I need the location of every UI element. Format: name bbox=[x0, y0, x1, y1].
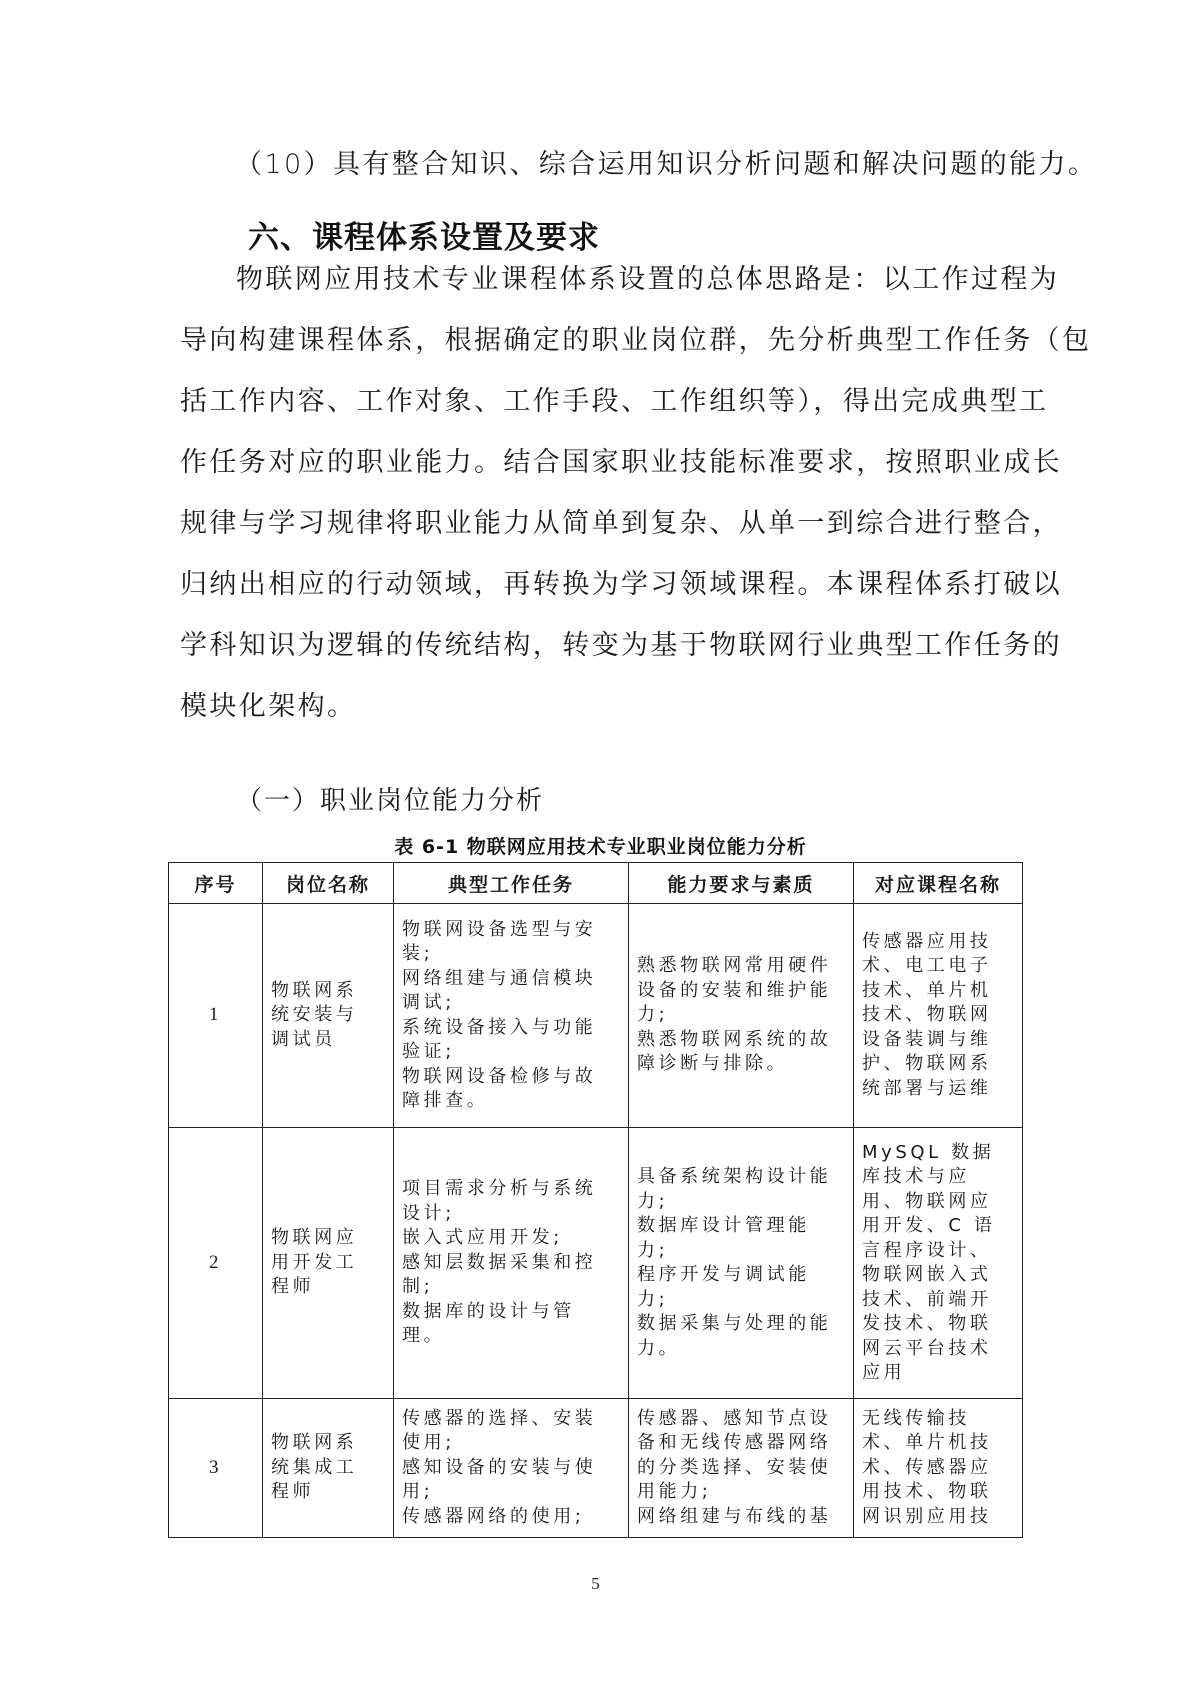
text-line: MySQL 数据 bbox=[862, 1141, 1014, 1166]
text-line: 网云平台技术 bbox=[862, 1337, 1014, 1362]
table-row: 2 物联网应 用开发工 程师 项目需求分析与系统 设计; 嵌入式应用开发; 感知… bbox=[169, 1128, 1023, 1399]
section-heading: 六、课程体系设置及要求 bbox=[248, 218, 600, 258]
text-line: 熟悉物联网系统的故 bbox=[637, 1028, 845, 1053]
header-no: 序号 bbox=[169, 863, 263, 904]
text-line: 技术、物联网 bbox=[862, 1003, 1014, 1028]
text-line: 嵌入式应用开发; bbox=[402, 1226, 620, 1251]
text-line: 力; bbox=[637, 1190, 845, 1215]
cell-role: 物联网系 统集成工 程师 bbox=[263, 1399, 394, 1538]
text-line: 调试员 bbox=[271, 1028, 385, 1053]
page-number: 5 bbox=[0, 1574, 1191, 1594]
table-caption: 表 6-1 物联网应用技术专业职业岗位能力分析 bbox=[0, 835, 1191, 859]
paragraph-line-5: 规律与学习规律将职业能力从简单到复杂、从单一到综合进行整合， bbox=[180, 506, 1012, 542]
text-line: 网络组建与通信模块 bbox=[402, 967, 620, 992]
cell-tasks: 项目需求分析与系统 设计; 嵌入式应用开发; 感知层数据采集和控 制; 数据库的… bbox=[394, 1128, 629, 1399]
text-line: 物联网系 bbox=[271, 979, 385, 1004]
cell-no: 3 bbox=[169, 1399, 263, 1538]
cell-courses: MySQL 数据 库技术与应 用、物联网应 用开发、C 语 言程序设计、 物联网… bbox=[854, 1128, 1023, 1399]
cell-tasks: 物联网设备选型与安 装; 网络组建与通信模块 调试; 系统设备接入与功能 验证;… bbox=[394, 904, 629, 1128]
paragraph-line-3: 括工作内容、工作对象、工作手段、工作组织等），得出完成典型工 bbox=[180, 384, 1012, 420]
text-line: 项目需求分析与系统 bbox=[402, 1177, 620, 1202]
text-line: 技术、单片机 bbox=[862, 979, 1014, 1004]
cell-abilities: 具备系统架构设计能 力; 数据库设计管理能 力; 程序开发与调试能 力; 数据采… bbox=[629, 1128, 854, 1399]
text-line: 验证; bbox=[402, 1040, 620, 1065]
text-line: 力; bbox=[637, 1003, 845, 1028]
paragraph-line-8: 模块化架构。 bbox=[180, 689, 1012, 725]
text-line: 制; bbox=[402, 1275, 620, 1300]
text-line: 程序开发与调试能 bbox=[637, 1263, 845, 1288]
header-courses: 对应课程名称 bbox=[854, 863, 1023, 904]
text-line: 术、传感器应 bbox=[862, 1456, 1014, 1481]
cell-tasks: 传感器的选择、安装 使用; 感知设备的安装与使 用; 传感器网络的使用; bbox=[394, 1399, 629, 1538]
text-line: 用; bbox=[402, 1480, 620, 1505]
text-line: 程师 bbox=[271, 1480, 385, 1505]
subsection-heading: （一）职业岗位能力分析 bbox=[236, 784, 544, 818]
text-line: 用开发、C 语 bbox=[862, 1214, 1014, 1239]
text-line: 无线传输技 bbox=[862, 1407, 1014, 1432]
text-line: 统安装与 bbox=[271, 1003, 385, 1028]
text-line: 的分类选择、安装使 bbox=[637, 1456, 845, 1481]
cell-abilities: 传感器、感知节点设 备和无线传感器网络 的分类选择、安装使 用能力; 网络组建与… bbox=[629, 1399, 854, 1538]
text-line: 设备装调与维 bbox=[862, 1028, 1014, 1053]
text-line: 用、物联网应 bbox=[862, 1190, 1014, 1215]
text-line: 调试; bbox=[402, 991, 620, 1016]
header-role: 岗位名称 bbox=[263, 863, 394, 904]
text-line: 感知设备的安装与使 bbox=[402, 1456, 620, 1481]
text-line: 传感器网络的使用; bbox=[402, 1505, 620, 1530]
text-line: 用技术、物联 bbox=[862, 1480, 1014, 1505]
table-row: 1 物联网系 统安装与 调试员 物联网设备选型与安 装; 网络组建与通信模块 调… bbox=[169, 904, 1023, 1128]
header-tasks: 典型工作任务 bbox=[394, 863, 629, 904]
document-page: （10）具有整合知识、综合运用知识分析问题和解决问题的能力。 六、课程体系设置及… bbox=[0, 0, 1191, 1684]
text-line: 物联网设备选型与安 bbox=[402, 918, 620, 943]
cell-no: 2 bbox=[169, 1128, 263, 1399]
text-line: 备和无线传感器网络 bbox=[637, 1431, 845, 1456]
text-line: 力。 bbox=[637, 1337, 845, 1362]
cell-abilities: 熟悉物联网常用硬件 设备的安装和维护能 力; 熟悉物联网系统的故 障诊断与排除。 bbox=[629, 904, 854, 1128]
paragraph-line-6: 归纳出相应的行动领域，再转换为学习领域课程。本课程体系打破以 bbox=[180, 567, 1012, 603]
text-line: 用开发工 bbox=[271, 1251, 385, 1276]
text-line: 库技术与应 bbox=[862, 1165, 1014, 1190]
text-line: 使用; bbox=[402, 1431, 620, 1456]
text-line: 数据采集与处理的能 bbox=[637, 1312, 845, 1337]
cell-courses: 传感器应用技 术、电工电子 技术、单片机 技术、物联网 设备装调与维 护、物联网… bbox=[854, 904, 1023, 1128]
text-line: 护、物联网系 bbox=[862, 1052, 1014, 1077]
text-line: 理。 bbox=[402, 1324, 620, 1349]
text-line: 系统设备接入与功能 bbox=[402, 1016, 620, 1041]
table-row: 3 物联网系 统集成工 程师 传感器的选择、安装 使用; 感知设备的安装与使 用… bbox=[169, 1399, 1023, 1538]
text-line: 应用 bbox=[862, 1361, 1014, 1386]
cell-courses: 无线传输技 术、单片机技 术、传感器应 用技术、物联 网识别应用技 bbox=[854, 1399, 1023, 1538]
cell-no: 1 bbox=[169, 904, 263, 1128]
text-line: 传感器、感知节点设 bbox=[637, 1407, 845, 1432]
text-line: 设备的安装和维护能 bbox=[637, 979, 845, 1004]
text-line: 物联网系 bbox=[271, 1431, 385, 1456]
text-line: 物联网设备检修与故 bbox=[402, 1065, 620, 1090]
text-line: 感知层数据采集和控 bbox=[402, 1251, 620, 1276]
paragraph-line-2: 导向构建课程体系，根据确定的职业岗位群，先分析典型工作任务（包 bbox=[180, 323, 1012, 359]
text-line: 力; bbox=[637, 1239, 845, 1264]
paragraph-line-1: 物联网应用技术专业课程体系设置的总体思路是：以工作过程为 bbox=[236, 262, 1012, 298]
table-header-row: 序号 岗位名称 典型工作任务 能力要求与素质 对应课程名称 bbox=[169, 863, 1023, 904]
text-line: 熟悉物联网常用硬件 bbox=[637, 954, 845, 979]
paragraph-line-4: 作任务对应的职业能力。结合国家职业技能标准要求，按照职业成长 bbox=[180, 445, 1012, 481]
cell-role: 物联网应 用开发工 程师 bbox=[263, 1128, 394, 1399]
text-line: 言程序设计、 bbox=[862, 1239, 1014, 1264]
text-line: 装; bbox=[402, 942, 620, 967]
text-line: 物联网嵌入式 bbox=[862, 1263, 1014, 1288]
text-line: 物联网应 bbox=[271, 1226, 385, 1251]
text-line: 技术、前端开 bbox=[862, 1288, 1014, 1313]
text-line: 统部署与运维 bbox=[862, 1077, 1014, 1102]
text-line: 术、单片机技 bbox=[862, 1431, 1014, 1456]
text-line: 传感器的选择、安装 bbox=[402, 1407, 620, 1432]
text-line: 发技术、物联 bbox=[862, 1312, 1014, 1337]
text-line: 传感器应用技 bbox=[862, 930, 1014, 955]
header-abilities: 能力要求与素质 bbox=[629, 863, 854, 904]
text-line: 术、电工电子 bbox=[862, 954, 1014, 979]
text-line: 具备系统架构设计能 bbox=[637, 1165, 845, 1190]
text-line: 力; bbox=[637, 1288, 845, 1313]
text-line: 数据库设计管理能 bbox=[637, 1214, 845, 1239]
text-line: 用能力; bbox=[637, 1480, 845, 1505]
text-line: 程师 bbox=[271, 1275, 385, 1300]
text-line: 障排查。 bbox=[402, 1089, 620, 1114]
text-line: 网识别应用技 bbox=[862, 1505, 1014, 1530]
paragraph-line-7: 学科知识为逻辑的传统结构，转变为基于物联网行业典型工作任务的 bbox=[180, 628, 1012, 664]
text-line: 障诊断与排除。 bbox=[637, 1052, 845, 1077]
text-line: 数据库的设计与管 bbox=[402, 1300, 620, 1325]
text-line: 统集成工 bbox=[271, 1456, 385, 1481]
text-line: 设计; bbox=[402, 1202, 620, 1227]
cell-role: 物联网系 统安装与 调试员 bbox=[263, 904, 394, 1128]
job-ability-table: 序号 岗位名称 典型工作任务 能力要求与素质 对应课程名称 1 物联网系 统安装… bbox=[168, 862, 1023, 1538]
text-line: 网络组建与布线的基 bbox=[637, 1505, 845, 1530]
list-item-10: （10）具有整合知识、综合运用知识分析问题和解决问题的能力。 bbox=[235, 147, 1025, 183]
